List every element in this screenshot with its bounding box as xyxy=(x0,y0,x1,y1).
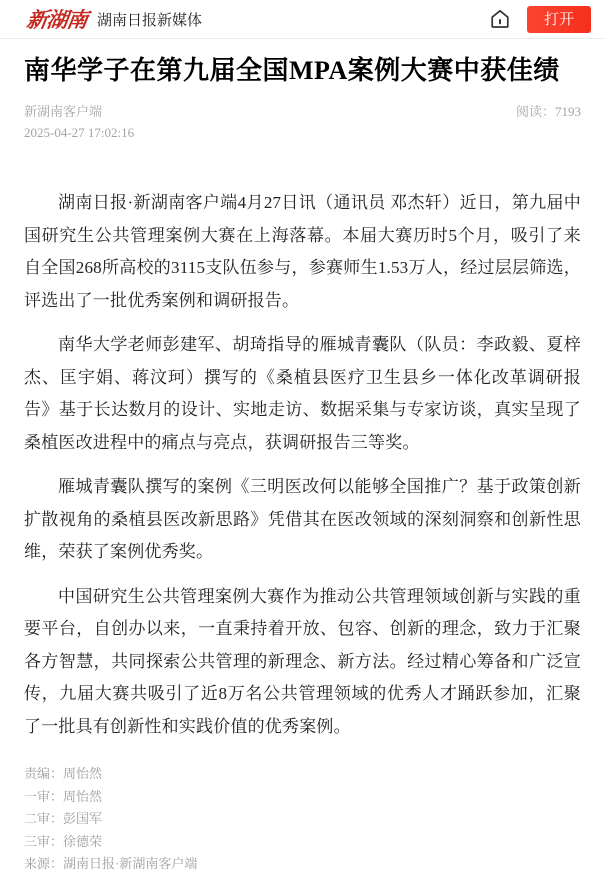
credit-value: 周怡然 xyxy=(63,766,102,781)
article-byline: 新湖南客户端 2025-04-27 17:02:16 阅读：7193 xyxy=(24,101,581,143)
header-actions: 打开 xyxy=(488,6,591,33)
credit-first-review: 一审：周怡然 xyxy=(24,786,581,809)
read-count-label: 阅读： xyxy=(516,104,555,119)
credit-label: 来源： xyxy=(24,856,63,871)
credit-label: 责编： xyxy=(24,766,63,781)
read-count: 阅读：7193 xyxy=(516,101,581,122)
paragraph-1: 湖南日报·新湖南客户端4月27日讯（通讯员 邓杰轩）近日，第九届中国研究生公共管… xyxy=(24,187,581,317)
byline-left: 新湖南客户端 2025-04-27 17:02:16 xyxy=(24,101,134,143)
brand-name: 湖南日报新媒体 xyxy=(97,9,202,30)
credit-value: 彭国军 xyxy=(63,811,102,826)
credit-label: 一审： xyxy=(24,789,63,804)
app-header: 新湖南 湖南日报新媒体 打开 xyxy=(0,0,605,39)
article-page: 新湖南 湖南日报新媒体 打开 南华学子在第九届全国MPA案例大赛中获佳绩 新湖南… xyxy=(0,0,605,892)
credit-editor: 责编：周怡然 xyxy=(24,763,581,786)
open-app-button[interactable]: 打开 xyxy=(527,6,591,33)
credit-label: 二审： xyxy=(24,811,63,826)
article-source: 新湖南客户端 xyxy=(24,101,134,122)
article-credits: 责编：周怡然 一审：周怡然 二审：彭国军 三审：徐德荣 来源：湖南日报·新湖南客… xyxy=(24,763,581,876)
paragraph-2: 南华大学老师彭建军、胡琦指导的雁城青囊队（队员：李政毅、夏梓杰、匡宇娟、蒋汶珂）… xyxy=(24,329,581,459)
credit-source: 来源：湖南日报·新湖南客户端 xyxy=(24,853,581,876)
credit-value: 周怡然 xyxy=(63,789,102,804)
credit-second-review: 二审：彭国军 xyxy=(24,808,581,831)
xinhunan-logo: 新湖南 xyxy=(25,4,89,34)
paragraph-4: 中国研究生公共管理案例大赛作为推动公共管理领域创新与实践的重要平台，自创办以来，… xyxy=(24,581,581,744)
home-icon[interactable] xyxy=(488,7,512,31)
credit-third-review: 三审：徐德荣 xyxy=(24,831,581,854)
credit-value: 徐德荣 xyxy=(63,834,102,849)
paragraph-3: 雁城青囊队撰写的案例《三明医改何以能够全国推广？基于政策创新扩散视角的桑植县医改… xyxy=(24,471,581,569)
brand-group: 新湖南 湖南日报新媒体 xyxy=(27,4,202,34)
article-title: 南华学子在第九届全国MPA案例大赛中获佳绩 xyxy=(24,54,581,88)
credit-label: 三审： xyxy=(24,834,63,849)
article-body: 湖南日报·新湖南客户端4月27日讯（通讯员 邓杰轩）近日，第九届中国研究生公共管… xyxy=(24,187,581,743)
article-datetime: 2025-04-27 17:02:16 xyxy=(24,122,134,143)
read-count-value: 7193 xyxy=(555,104,581,119)
credit-value: 湖南日报·新湖南客户端 xyxy=(63,856,197,871)
